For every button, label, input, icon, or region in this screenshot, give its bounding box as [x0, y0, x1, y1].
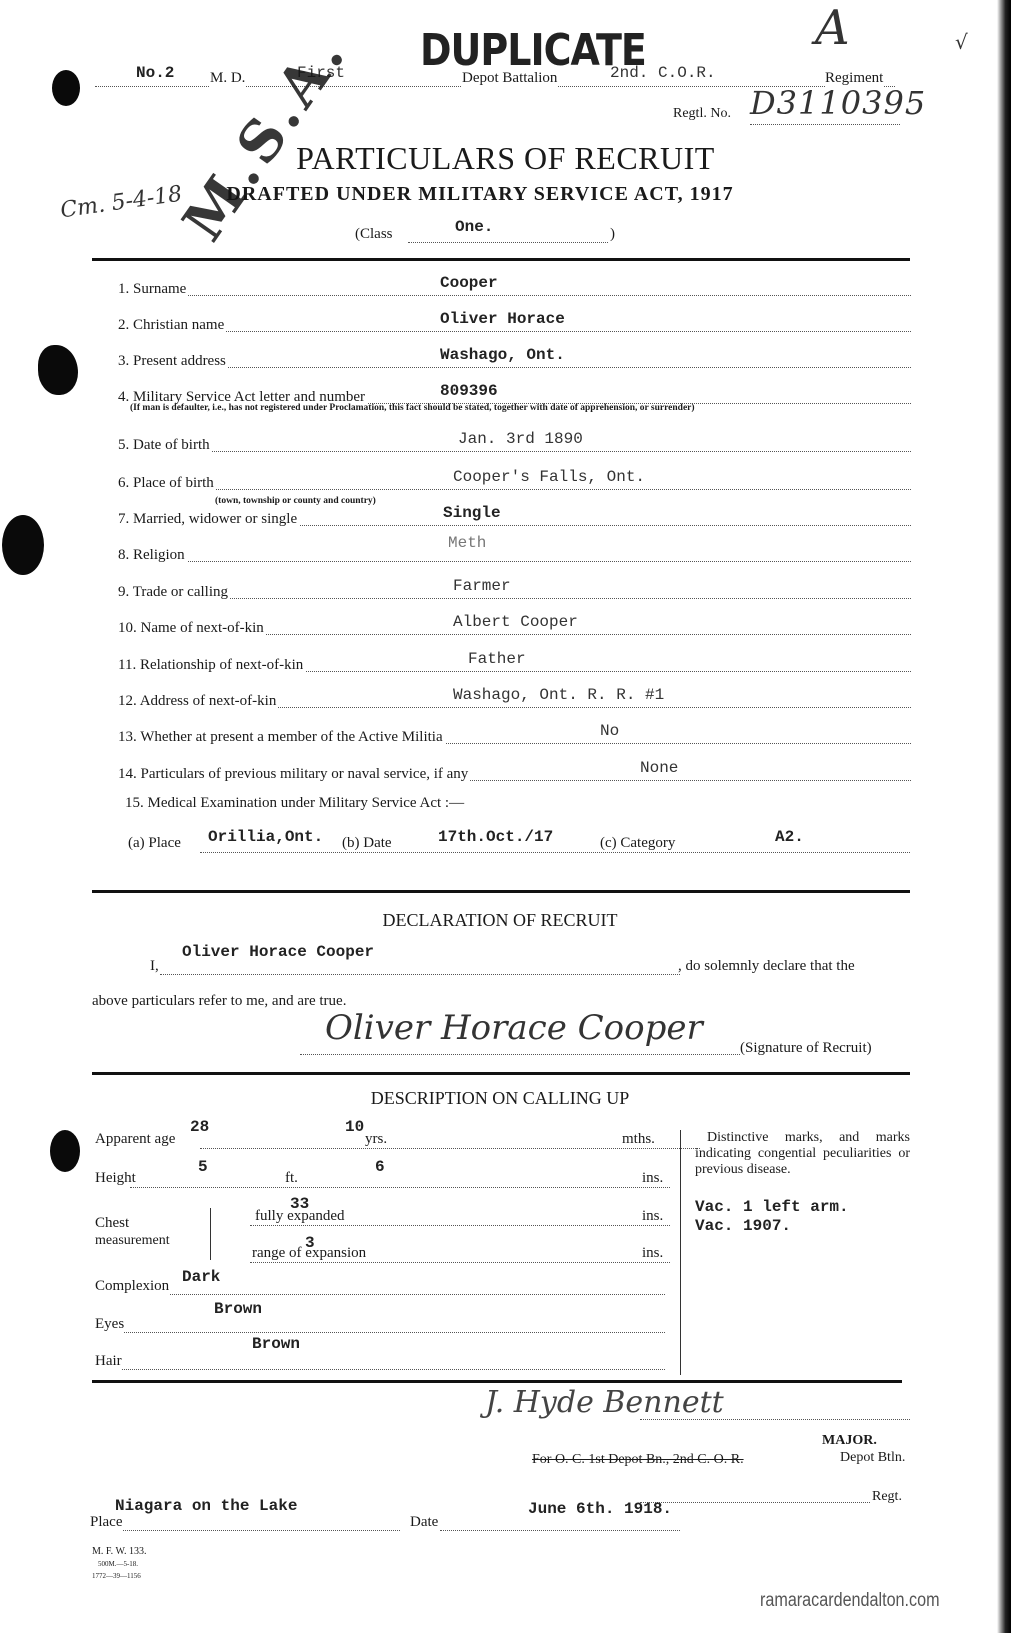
- height-in: 6: [375, 1158, 385, 1176]
- md-label: M. D.: [210, 70, 245, 87]
- msa-stamp: M.S.A.: [170, 20, 361, 253]
- field-label: Relationship of next-of-kin: [140, 657, 303, 673]
- eyes-label: Eyes: [95, 1316, 124, 1333]
- regtl-no-label: Regtl. No.: [673, 106, 731, 122]
- date-label: Date: [410, 1514, 438, 1531]
- chest-label-2: measurement: [95, 1233, 170, 1249]
- birthplace-note: (town, township or county and country): [215, 496, 376, 506]
- ins-label: ins.: [642, 1170, 663, 1187]
- print-code-1: 500M.—5-18.: [98, 1560, 138, 1568]
- class-label: (Class: [355, 226, 393, 243]
- particular-row-marital-status: 7. Married, widower or single Single: [118, 506, 911, 530]
- hair-line: [120, 1369, 665, 1370]
- field-value: Oliver Horace: [440, 310, 565, 328]
- regiment-value: 2nd. C.O.R.: [610, 64, 716, 82]
- md-number: No.2: [136, 64, 174, 82]
- marks-heading: Distinctive marks, and marks indicating …: [695, 1130, 910, 1178]
- punch-hole: [52, 70, 80, 106]
- place-value: Niagara on the Lake: [115, 1497, 297, 1515]
- punch-hole: [38, 345, 78, 395]
- chest-brace: [210, 1208, 217, 1260]
- place-line: [120, 1530, 400, 1531]
- medical-heading: 15. Medical Examination under Military S…: [125, 795, 464, 812]
- particular-row-next-of-kin: 10. Name of next-of-kin Albert Cooper: [118, 615, 911, 639]
- hair-value: Brown: [252, 1335, 300, 1353]
- hair-label: Hair: [95, 1353, 122, 1370]
- complexion-value: Dark: [182, 1268, 220, 1286]
- class-close: ): [610, 226, 615, 243]
- declaration-name: Oliver Horace Cooper: [182, 943, 374, 961]
- range-line: [250, 1262, 670, 1263]
- officer-signature: J. Hyde Bennett: [485, 1385, 724, 1420]
- field-label: Whether at present a member of the Activ…: [140, 729, 442, 745]
- eyes-value: Brown: [214, 1300, 262, 1318]
- height-ft: 5: [198, 1158, 208, 1176]
- chest-label-1: Chest: [95, 1215, 129, 1232]
- marks-line-1: Vac. 1 left arm.: [695, 1198, 849, 1216]
- field-label: Christian name: [133, 317, 224, 333]
- fully-line: [250, 1225, 670, 1226]
- particular-row-religion: 8. Religion Meth: [118, 542, 911, 566]
- print-code-2: 1772—39—1156: [92, 1572, 141, 1580]
- regt-line: [640, 1502, 870, 1503]
- check-mark: √: [955, 30, 968, 54]
- marks-line-2: Vac. 1907.: [695, 1217, 791, 1235]
- marks-divider: [680, 1130, 685, 1375]
- medical-category-value: A2.: [775, 828, 804, 846]
- class-line: [408, 242, 608, 243]
- fully-value: 33: [290, 1195, 309, 1213]
- age-line: [200, 1148, 700, 1149]
- declaration-name-line: [160, 974, 680, 975]
- field-label: Particulars of previous military or nava…: [141, 766, 469, 782]
- particular-row-kin-address: 12. Address of next-of-kin Washago, Ont.…: [118, 688, 911, 712]
- officer-rank: MAJOR.: [822, 1433, 877, 1449]
- divider: [92, 890, 910, 893]
- medical-date-label: (b) Date: [342, 835, 392, 852]
- field-label: Name of next-of-kin: [141, 620, 264, 636]
- medical-date-value: 17th.Oct./17: [438, 828, 553, 846]
- site-watermark: ramaracardendalton.com: [760, 1590, 940, 1612]
- field-value: Albert Cooper: [453, 613, 578, 631]
- recruit-signature: Oliver Horace Cooper: [325, 1008, 703, 1048]
- declaration-prefix: I,: [150, 958, 159, 975]
- field-value: Washago, Ont. R. R. #1: [453, 686, 664, 704]
- declaration-suffix: , do solemnly declare that the: [678, 958, 855, 975]
- place-label: Place: [90, 1514, 122, 1531]
- defaulter-note: (If man is defaulter, i.e., has not regi…: [130, 403, 695, 413]
- particular-row-present-address: 3. Present address Washago, Ont.: [118, 348, 911, 372]
- description-heading: DESCRIPTION ON CALLING UP: [0, 1088, 1000, 1109]
- officer-unit: For O. C. 1st Depot Bn., 2nd C. O. R.: [532, 1452, 744, 1468]
- declaration-line2: above particulars refer to me, and are t…: [92, 993, 346, 1010]
- field-label: Date of birth: [133, 437, 210, 453]
- corner-mark: A: [815, 0, 850, 56]
- height-line: [130, 1187, 670, 1188]
- field-label: Trade or calling: [133, 584, 228, 600]
- regtl-no-value: D3110395: [750, 84, 926, 122]
- medical-place-value: Orillia,Ont.: [208, 828, 323, 846]
- age-months: 10: [345, 1118, 364, 1136]
- declaration-heading: DECLARATION OF RECRUIT: [0, 910, 1000, 931]
- ft-label: ft.: [285, 1170, 298, 1187]
- field-value: Farmer: [453, 577, 511, 595]
- class-value: One.: [455, 218, 493, 236]
- particular-row-trade: 9. Trade or calling Farmer: [118, 579, 911, 603]
- form-number: M. F. W. 133.: [92, 1546, 147, 1557]
- field-value: Washago, Ont.: [440, 346, 565, 364]
- complexion-label: Complexion: [95, 1278, 169, 1295]
- field-value: 809396: [440, 382, 498, 400]
- signature-line: [300, 1054, 740, 1055]
- medical-line: [200, 852, 910, 853]
- particular-row-date-of-birth: 5. Date of birth Jan. 3rd 1890: [118, 432, 911, 456]
- punch-hole: [2, 515, 44, 575]
- signature-label: (Signature of Recruit): [740, 1040, 872, 1057]
- date-line: [440, 1530, 680, 1531]
- punch-hole: [50, 1130, 80, 1172]
- date-value: June 6th. 1918.: [528, 1500, 672, 1518]
- medical-place-label: (a) Place: [128, 835, 181, 852]
- age-years: 28: [190, 1118, 209, 1136]
- fully-ins-label: ins.: [642, 1208, 663, 1225]
- field-value: No: [600, 722, 619, 740]
- particular-row-kin-relationship: 11. Relationship of next-of-kin Father: [118, 652, 911, 676]
- field-value: Meth: [448, 534, 486, 552]
- field-label: Religion: [133, 547, 185, 563]
- divider: [92, 1072, 910, 1075]
- medical-category-label: (c) Category: [600, 835, 675, 852]
- field-value: Cooper's Falls, Ont.: [453, 468, 645, 486]
- page-title: PARTICULARS OF RECRUIT: [0, 140, 1011, 177]
- particular-row-place-of-birth: 6. Place of birth Cooper's Falls, Ont.: [118, 470, 911, 494]
- range-value: 3: [305, 1234, 315, 1252]
- divider: [92, 258, 910, 261]
- age-label: Apparent age: [95, 1131, 175, 1148]
- field-label: Surname: [133, 281, 186, 297]
- field-label: Married, widower or single: [133, 511, 297, 527]
- particular-row-surname: 1. Surname Cooper: [118, 276, 911, 300]
- mths-label: mths.: [622, 1131, 655, 1148]
- field-value: Single: [443, 504, 501, 522]
- complexion-line: [165, 1294, 665, 1295]
- particular-row-christian-name: 2. Christian name Oliver Horace: [118, 312, 911, 336]
- field-label: Place of birth: [133, 475, 214, 491]
- regtl-line: [750, 124, 900, 125]
- scan-edge: [997, 0, 1011, 1633]
- regt-label: Regt.: [872, 1489, 902, 1505]
- field-value: Jan. 3rd 1890: [458, 430, 583, 448]
- eyes-line: [120, 1332, 665, 1333]
- particular-row-active-militia: 13. Whether at present a member of the A…: [118, 724, 911, 748]
- divider: [92, 1380, 902, 1383]
- field-value: Cooper: [440, 274, 498, 292]
- field-label: Present address: [133, 353, 226, 369]
- field-value: None: [640, 759, 678, 777]
- range-ins-label: ins.: [642, 1245, 663, 1262]
- depot-label: Depot Battalion: [462, 70, 557, 87]
- yrs-label: yrs.: [365, 1131, 387, 1148]
- particular-row-previous-service: 14. Particulars of previous military or …: [118, 761, 911, 785]
- field-label: Address of next-of-kin: [140, 693, 277, 709]
- height-label: Height: [95, 1170, 136, 1187]
- field-value: Father: [468, 650, 526, 668]
- depot-btln-label: Depot Btln.: [840, 1450, 905, 1466]
